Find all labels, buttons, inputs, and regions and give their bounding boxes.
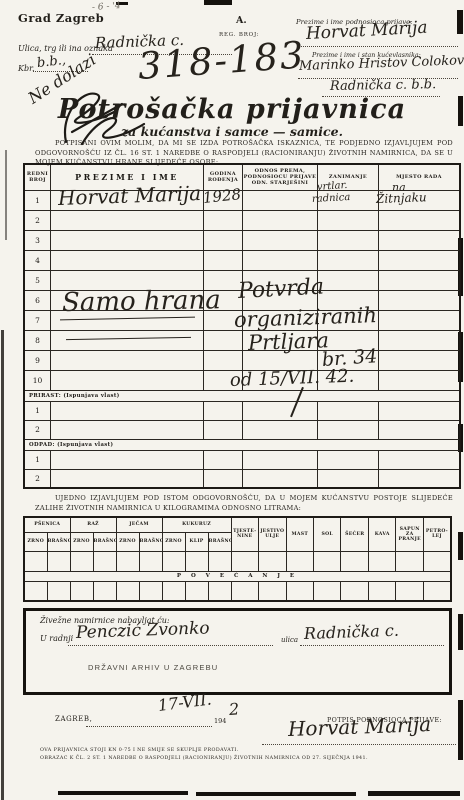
cell-empty xyxy=(47,581,70,601)
sub-zrno: ZRNO xyxy=(162,532,185,551)
year-handwritten: 2 xyxy=(228,701,239,718)
landlord-handwritten-address: Radnička c. b.b. xyxy=(330,78,436,93)
scan-artifact xyxy=(458,614,463,650)
sub-brasno: BRAŠNO xyxy=(47,532,70,551)
cell-empty xyxy=(379,230,461,250)
note-relation-line: Potvrda xyxy=(237,277,324,303)
cell-empty xyxy=(204,401,243,420)
supplies-group-header: PŠENICA RAŽ JEČAM KUKURUZ TJESTE-NINE JE… xyxy=(24,517,451,532)
shop-street-handwritten-value: Radnička c. xyxy=(304,623,399,642)
scan-artifact xyxy=(368,791,460,796)
shop-street-field-line xyxy=(300,645,444,646)
row-number: 1 xyxy=(24,401,51,420)
cell-empty xyxy=(162,551,185,571)
cell-empty xyxy=(51,230,204,250)
cell-empty xyxy=(259,581,286,601)
cell-empty xyxy=(243,450,318,469)
sub-zrno: ZRNO xyxy=(24,532,47,551)
cell-empty xyxy=(185,551,208,571)
row-number: 3 xyxy=(24,230,51,250)
group-jecam: JEČAM xyxy=(116,517,162,532)
row-number: 7 xyxy=(24,310,51,330)
scan-artifact xyxy=(5,150,7,240)
cell-empty xyxy=(204,210,243,230)
cell-empty xyxy=(314,581,341,601)
prirast-band: PRIRAST: (Ispunjava vlast) xyxy=(24,390,460,401)
supplies-declaration-paragraph: UJEDNO IZJAVLJUJEM POD ISTOM ODGOVORNOŠĆ… xyxy=(35,494,453,513)
cell-empty xyxy=(379,330,461,350)
cell-empty xyxy=(379,401,461,420)
cell-empty xyxy=(243,469,318,488)
row-number: 6 xyxy=(24,290,51,310)
note-relation-line: organiziranih xyxy=(234,305,378,331)
cell-empty xyxy=(341,551,368,571)
cell-empty xyxy=(116,581,139,601)
cell-empty xyxy=(396,551,423,571)
cell-empty xyxy=(286,581,313,601)
sub-zrno: ZRNO xyxy=(70,532,93,551)
section-letter: A. xyxy=(236,15,247,26)
cell-empty xyxy=(379,420,461,439)
sub-zrno: ZRNO xyxy=(116,532,139,551)
cell-empty xyxy=(204,350,243,370)
entry-workplace-line2: Žitnjaku xyxy=(376,191,427,205)
shop-prefix-label: U radnji xyxy=(40,634,73,643)
cell-empty xyxy=(70,551,93,571)
col-mast: MAST xyxy=(286,517,313,551)
cell-empty xyxy=(379,250,461,270)
cell-empty xyxy=(243,190,318,210)
col-tjestenine: TJESTE-NINE xyxy=(231,517,258,551)
col-sol: SOL xyxy=(314,517,341,551)
row-number: 1 xyxy=(24,450,51,469)
cell-empty xyxy=(208,551,231,571)
scan-artifact xyxy=(196,792,356,796)
scan-artifact xyxy=(458,700,463,760)
prirast-row: 2 xyxy=(24,420,460,439)
scan-artifact xyxy=(204,0,232,5)
applicant-field-line xyxy=(298,46,458,47)
cell-empty xyxy=(51,450,204,469)
group-psenica: PŠENICA xyxy=(24,517,70,532)
signature-field-line xyxy=(262,744,456,745)
registration-number-handwritten: 318-183 xyxy=(137,36,307,85)
date-field-line xyxy=(86,726,212,727)
cell-empty xyxy=(24,581,47,601)
prirast-row: 1 xyxy=(24,401,460,420)
row-number: 2 xyxy=(24,469,51,488)
cell-empty xyxy=(318,401,379,420)
supplies-table: PŠENICA RAŽ JEČAM KUKURUZ TJESTE-NINE JE… xyxy=(23,516,452,602)
cell-empty xyxy=(318,469,379,488)
cell-empty xyxy=(51,370,204,390)
cell-empty xyxy=(318,270,379,290)
cell-empty xyxy=(204,450,243,469)
cell-empty xyxy=(318,210,379,230)
row-number: 8 xyxy=(24,330,51,350)
note-relation-line: od 15/VII. 42. xyxy=(230,368,355,390)
supplies-value-row xyxy=(24,551,451,571)
group-raz: RAŽ xyxy=(70,517,116,532)
row-number: 2 xyxy=(24,420,51,439)
row-number: 2 xyxy=(24,210,51,230)
cell-empty xyxy=(231,581,258,601)
cell-empty xyxy=(51,350,204,370)
odpad-label: ODPAD: (Ispunjava vlast) xyxy=(24,439,460,450)
row-number: 1 xyxy=(24,190,51,210)
sub-klip: KLIP xyxy=(185,532,208,551)
person-row: 8 xyxy=(24,330,460,350)
cell-empty xyxy=(51,250,204,270)
cell-empty xyxy=(243,210,318,230)
cell-empty xyxy=(70,581,93,601)
col-secer: ŠEĆER xyxy=(341,517,368,551)
cell-empty xyxy=(368,551,395,571)
cell-empty xyxy=(204,420,243,439)
prirast-label: PRIRAST: (Ispunjava vlast) xyxy=(24,390,460,401)
row-number: 10 xyxy=(24,370,51,390)
col-petrolej: PETRO-LEJ xyxy=(423,517,451,551)
cell-empty xyxy=(379,350,461,370)
row-number: 4 xyxy=(24,250,51,270)
cell-empty xyxy=(204,230,243,250)
entry-occupation-line2: radnica xyxy=(312,193,351,205)
note-samo-hrana-handwritten: Samo hrana xyxy=(62,287,221,316)
cell-empty xyxy=(368,581,395,601)
archive-stamp: DRŽAVNI ARHIV U ZAGREBU xyxy=(88,663,218,672)
person-row: 2 xyxy=(24,210,460,230)
odpad-row: 2 xyxy=(24,469,460,488)
cell-empty xyxy=(93,551,116,571)
cell-empty xyxy=(204,330,243,350)
entry-name-handwritten: Horvat Marija xyxy=(58,183,202,208)
footnote-legal: OBRAZAC K ČL. 2 ST. 1 NAREDBE O RASPODJE… xyxy=(40,756,368,761)
shop-field-line xyxy=(68,645,273,646)
scan-artifact xyxy=(1,330,4,800)
person-row: 3 xyxy=(24,230,460,250)
cell-empty xyxy=(243,230,318,250)
cell-empty xyxy=(204,250,243,270)
cell-empty xyxy=(423,551,451,571)
cell-empty xyxy=(379,450,461,469)
col-kava: KAVA xyxy=(368,517,395,551)
footnote-price: OVA PRIJAVNICA STOJI KN 0·75 I NE SMIJE … xyxy=(40,748,239,753)
col-jestivo-ulje: JESTIVO ULJE xyxy=(259,517,286,551)
street-prefix-label: ulica xyxy=(281,636,298,644)
cell-empty xyxy=(139,581,162,601)
cell-empty xyxy=(51,401,204,420)
cell-empty xyxy=(162,581,185,601)
povecanje-band: P O V E Ć A N J E xyxy=(24,571,451,581)
cell-empty xyxy=(139,551,162,571)
row-number: 5 xyxy=(24,270,51,290)
row-number: 9 xyxy=(24,350,51,370)
sub-brasno: BRAŠNO xyxy=(208,532,231,551)
year-prefix: 194 xyxy=(214,717,226,725)
cell-empty xyxy=(379,290,461,310)
person-row: 4 xyxy=(24,250,460,270)
col-odnos: ODNOS PREMA, PODNOSIOCU PRIJAVE ODN. STA… xyxy=(243,164,318,190)
scan-artifact xyxy=(458,532,463,560)
cell-empty xyxy=(379,210,461,230)
cell-empty xyxy=(243,420,318,439)
shop-handwritten-value: Penczić Zvonko xyxy=(76,620,210,642)
cell-empty xyxy=(259,551,286,571)
col-mjesto-rada: MJESTO RADA xyxy=(379,164,461,190)
cell-empty xyxy=(93,581,116,601)
applicant-handwritten-name: Horvat Marija xyxy=(306,20,428,43)
col-redni-broj: REDNI BROJ xyxy=(24,164,51,190)
cell-empty xyxy=(51,210,204,230)
col-sapun: SAPUN ZA PRANJE xyxy=(396,517,423,551)
sub-brasno: BRAŠNO xyxy=(139,532,162,551)
entry-year-handwritten: 1928 xyxy=(202,187,242,206)
cell-empty xyxy=(379,270,461,290)
place-label: ZAGREB, xyxy=(55,715,92,723)
cell-empty xyxy=(204,469,243,488)
form-subtitle: za kućanstva i samce — samice. xyxy=(0,124,464,139)
cell-empty xyxy=(208,581,231,601)
cell-empty xyxy=(51,330,204,350)
note-relation-line: Prtljara xyxy=(248,330,330,354)
cell-empty xyxy=(231,551,258,571)
entry-occupation-line1: vrtlar. xyxy=(317,181,348,193)
cell-empty xyxy=(24,551,47,571)
cell-empty xyxy=(341,581,368,601)
cell-empty xyxy=(243,250,318,270)
form-title: Potrošačka prijavnica xyxy=(0,94,464,125)
odpad-row: 1 xyxy=(24,450,460,469)
cell-empty xyxy=(318,230,379,250)
cell-empty xyxy=(379,370,461,390)
cell-empty xyxy=(379,310,461,330)
cell-empty xyxy=(286,551,313,571)
cell-empty xyxy=(51,420,204,439)
cell-empty xyxy=(396,581,423,601)
cell-empty xyxy=(318,450,379,469)
group-kukuruz: KUKURUZ xyxy=(162,517,231,532)
signature-handwritten: Horvat Marija xyxy=(288,714,432,739)
cell-empty xyxy=(185,581,208,601)
scan-artifact xyxy=(58,791,188,795)
city-title: Grad Zagreb xyxy=(18,11,104,25)
cell-empty xyxy=(116,551,139,571)
povecanje-label: P O V E Ć A N J E xyxy=(24,571,451,581)
cell-empty xyxy=(314,551,341,571)
cell-empty xyxy=(423,581,451,601)
scan-artifact xyxy=(457,10,463,34)
cell-empty xyxy=(379,469,461,488)
cell-empty xyxy=(47,551,70,571)
scanned-form-page: - 6 - '4 Grad Zagreb A. REG. BROJ: Prezi… xyxy=(0,0,464,800)
person-row: 9 xyxy=(24,350,460,370)
cell-empty xyxy=(318,250,379,270)
cell-empty xyxy=(318,420,379,439)
date-handwritten: 17-VII. xyxy=(157,691,212,713)
sub-brasno: BRAŠNO xyxy=(93,532,116,551)
odpad-band: ODPAD: (Ispunjava vlast) xyxy=(24,439,460,450)
supplies-value-row xyxy=(24,581,451,601)
cell-empty xyxy=(243,401,318,420)
cell-empty xyxy=(51,469,204,488)
